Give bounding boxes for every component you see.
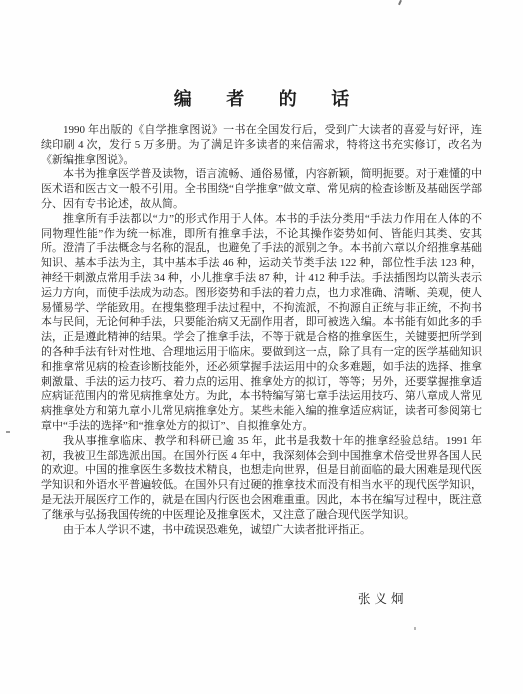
scan-speck — [398, 0, 402, 5]
paragraph-2: 本书为推拿医学普及读物，语言流畅、通俗易懂，内容新颖，简明扼要。对于难懂的中医术… — [41, 167, 482, 211]
page-title: 编 者 的 话 — [0, 85, 523, 111]
paragraph-5: 由于本人学识不逮，书中疏误恐难免，诚望广大读者批评指正。 — [41, 523, 482, 538]
author-signature: 张义炯 — [358, 589, 408, 607]
preface-body: 1990 年出版的《自学推拿图说》一书在全国发行后，受到广大读者的喜爱与好评，连… — [41, 123, 482, 537]
paragraph-1: 1990 年出版的《自学推拿图说》一书在全国发行后，受到广大读者的喜爱与好评，连… — [41, 123, 482, 167]
scanned-book-page: 编 者 的 话 1990 年出版的《自学推拿图说》一书在全国发行后，受到广大读者… — [0, 0, 523, 694]
paragraph-3: 推拿所有手法都以“力”的形式作用于人体。本书的手法分类用“手法力作用在人体的不同… — [41, 212, 482, 434]
scan-speck — [6, 431, 10, 433]
paragraph-4: 我从事推拿临床、教学和科研已逾 35 年，此书是我数十年的推拿经验总结。1991… — [41, 434, 482, 523]
scan-speck — [414, 627, 416, 630]
